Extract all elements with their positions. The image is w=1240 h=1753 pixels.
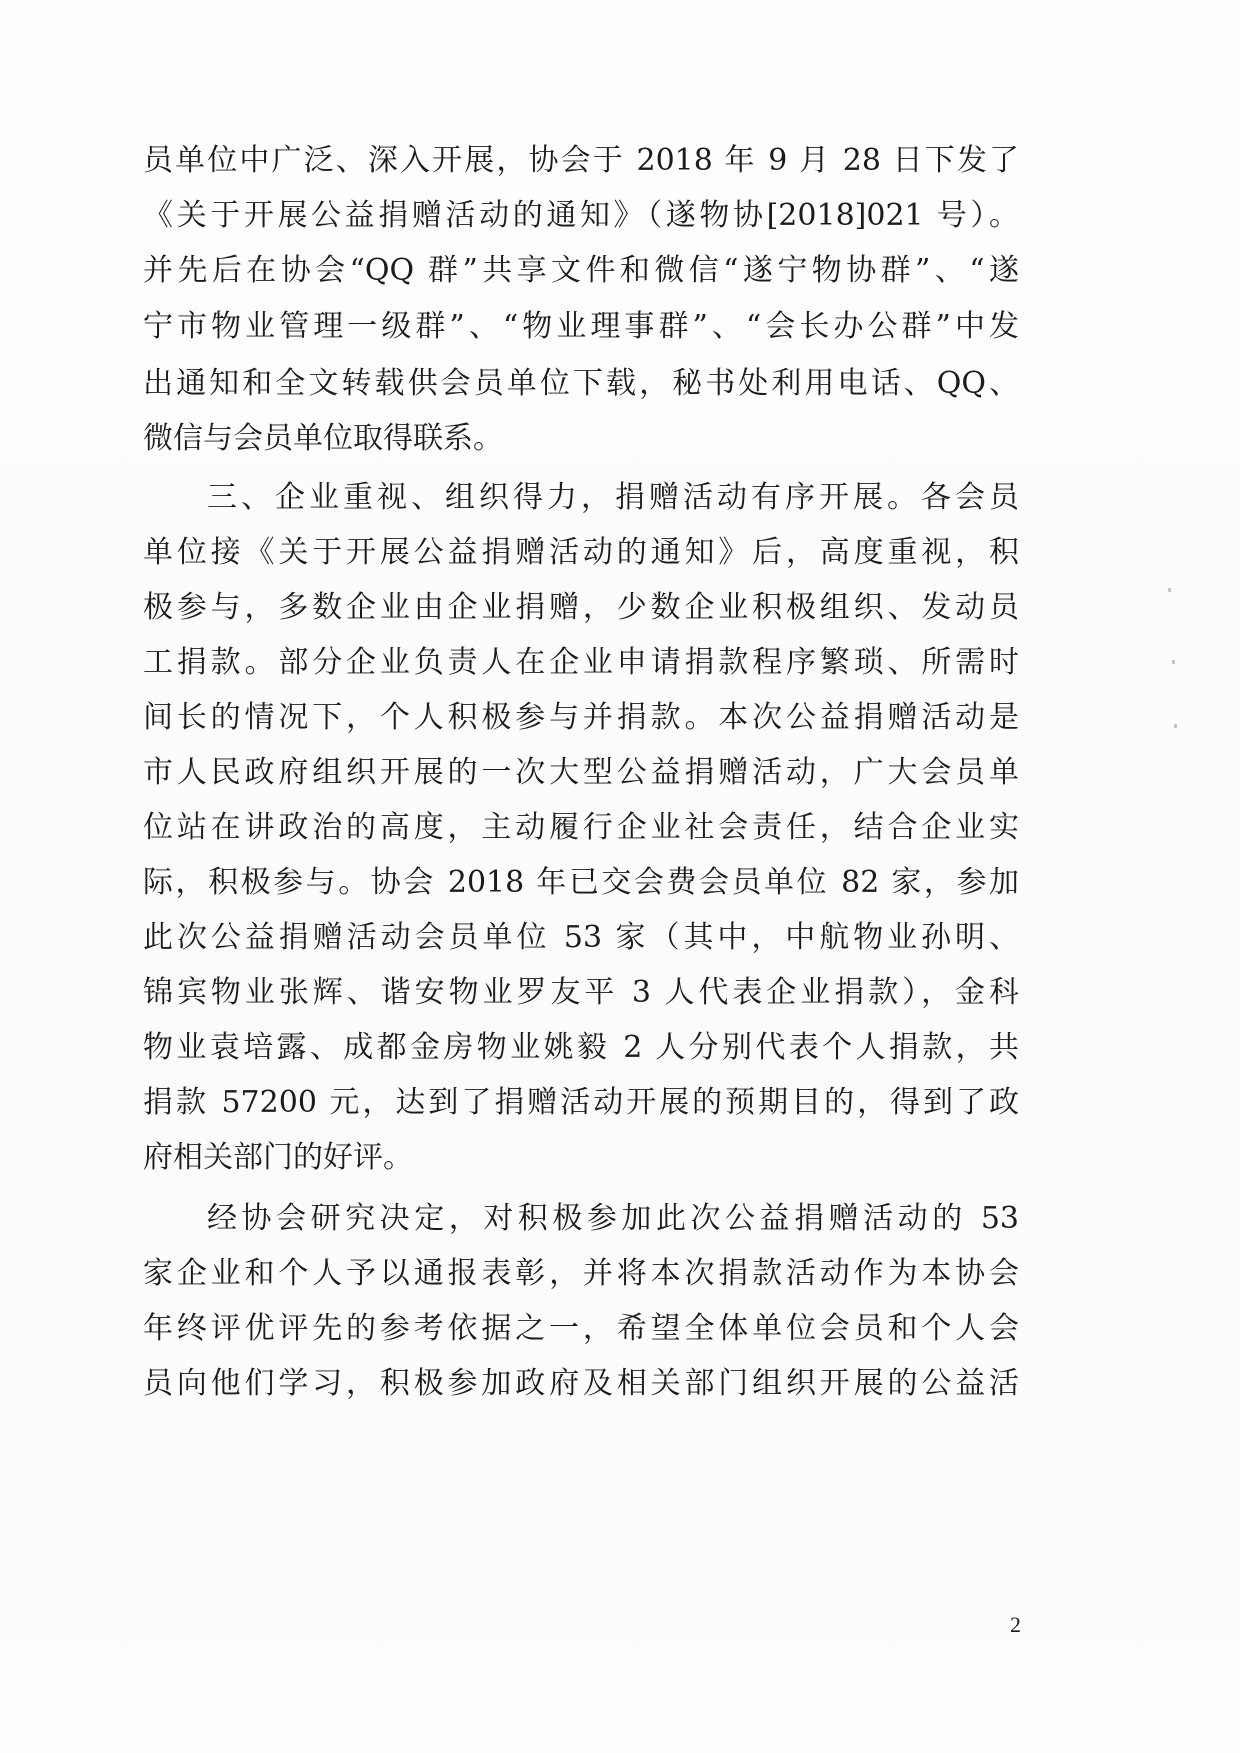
text-line: 经协会研究决定，对积极参加此次公益捐赠活动的 53 bbox=[207, 1199, 1019, 1239]
text-line: 市人民政府组织开展的一次大型公益捐赠活动，广大会员单 bbox=[143, 753, 1019, 793]
section-heading-line: 三、企业重视、组织得力，捐赠活动有序开展。各会员 bbox=[207, 478, 1019, 518]
text-line: 单位接《关于开展公益捐赠活动的通知》后，高度重视，积 bbox=[143, 533, 1019, 573]
text-line: 此次公益捐赠活动会员单位 53 家（其中，中航物业孙明、 bbox=[143, 918, 1019, 958]
text-line: 家企业和个人予以通报表彰，并将本次捐款活动作为本协会 bbox=[143, 1254, 1019, 1294]
document-page: 员单位中广泛、深入开展，协会于 2018 年 9 月 28 日下发了 《关于开展… bbox=[0, 0, 1240, 1753]
text-line: 并先后在协会“QQ 群”共享文件和微信“遂宁物协群”、“遂 bbox=[143, 251, 1019, 291]
scan-artifact bbox=[1172, 660, 1175, 664]
text-line: 工捐款。部分企业负责人在企业申请捐款程序繁琐、所需时 bbox=[143, 643, 1019, 683]
text-line: 府相关部门的好评。 bbox=[143, 1138, 1019, 1178]
scan-artifact bbox=[1168, 588, 1171, 592]
text-line: 间长的情况下，个人积极参与并捐款。本次公益捐赠活动是 bbox=[143, 698, 1019, 738]
text-line: 员向他们学习，积极参加政府及相关部门组织开展的公益活 bbox=[143, 1364, 1019, 1404]
page-number: 2 bbox=[1010, 1612, 1021, 1638]
scan-artifact bbox=[1174, 724, 1177, 728]
text-line: 微信与会员单位取得联系。 bbox=[143, 419, 1019, 459]
text-line: 员单位中广泛、深入开展，协会于 2018 年 9 月 28 日下发了 bbox=[143, 141, 1019, 181]
text-line: 极参与，多数企业由企业捐赠，少数企业积极组织、发动员 bbox=[143, 588, 1019, 628]
text-line: 《关于开展公益捐赠活动的通知》（遂物协[2018]021 号）。 bbox=[143, 196, 1019, 236]
text-line: 捐款 57200 元，达到了捐赠活动开展的预期目的，得到了政 bbox=[143, 1083, 1019, 1123]
text-line: 锦宾物业张辉、谐安物业罗友平 3 人代表企业捐款），金科 bbox=[143, 973, 1019, 1013]
text-line: 出通知和全文转载供会员单位下载，秘书处利用电话、QQ、 bbox=[143, 364, 1019, 404]
text-line: 物业袁培露、成都金房物业姚毅 2 人分别代表个人捐款，共 bbox=[143, 1028, 1019, 1068]
text-line: 位站在讲政治的高度，主动履行企业社会责任，结合企业实 bbox=[143, 808, 1019, 848]
text-line: 际，积极参与。协会 2018 年已交会费会员单位 82 家，参加 bbox=[143, 863, 1019, 903]
text-line: 宁市物业管理一级群”、“物业理事群”、“会长办公群”中发 bbox=[143, 307, 1019, 347]
text-line: 年终评优评先的参考依据之一，希望全体单位会员和个人会 bbox=[143, 1309, 1019, 1349]
